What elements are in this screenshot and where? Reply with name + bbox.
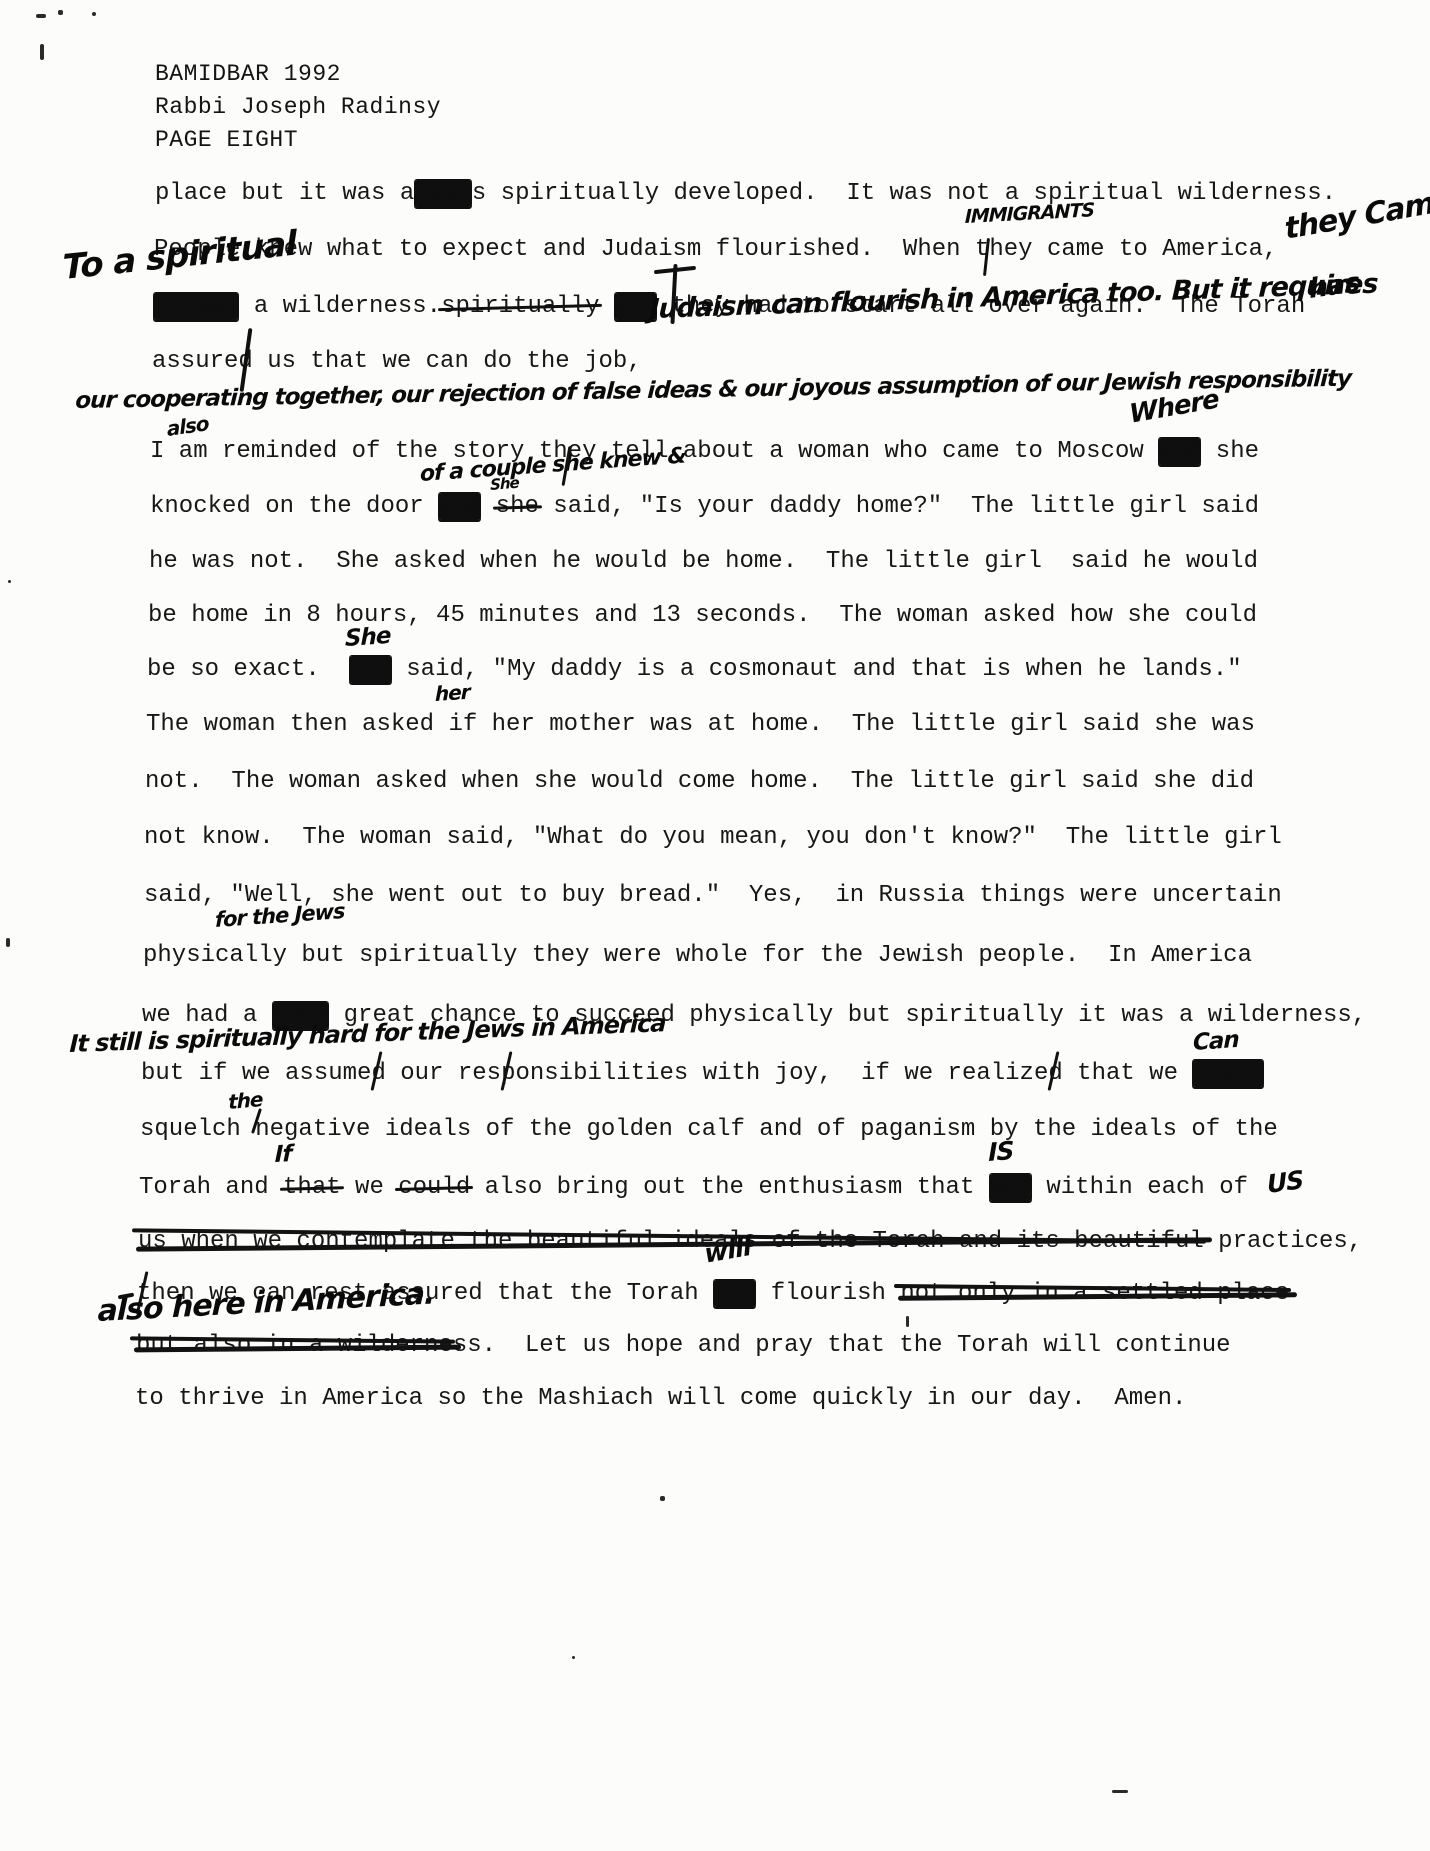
handwritten-note-a11: She bbox=[345, 623, 390, 652]
typed-text: squelch negative ideals of the golden ca… bbox=[140, 1116, 1278, 1143]
typed-text: physically but spiritually they were who… bbox=[143, 942, 1252, 969]
typed-text: assured us that we can do the job, bbox=[152, 348, 642, 375]
document-header: BAMIDBAR 1992 Rabbi Joseph Radinsy PAGE … bbox=[155, 58, 441, 157]
typed-text: we bbox=[341, 1174, 399, 1201]
edited-text-slash: d bbox=[1048, 1060, 1062, 1087]
document-title: BAMIDBAR 1992 bbox=[155, 58, 441, 91]
typed-text: said, "My daddy is a cosmonaut and that … bbox=[392, 656, 1242, 683]
typed-text: be home in 8 hours, 45 minutes and 13 se… bbox=[148, 602, 1257, 629]
typed-line: Torah and that we could also bring out t… bbox=[139, 1172, 1248, 1203]
scan-speck bbox=[660, 1496, 665, 1501]
edited-text-strike: could bbox=[398, 1174, 470, 1201]
handwritten-note-a18: IS bbox=[988, 1136, 1014, 1167]
edited-text-strike: she bbox=[496, 493, 539, 520]
edited-text-blot: can bbox=[713, 1280, 756, 1307]
typed-text: not. The woman asked when she would come… bbox=[145, 768, 1254, 795]
typed-text: flourish bbox=[756, 1280, 900, 1307]
typed-text: knocked on the door bbox=[150, 493, 438, 520]
typed-line: but if we assumed our responsibilities w… bbox=[141, 1058, 1264, 1089]
typed-text: onsibilities with joy, if we realize bbox=[515, 1060, 1048, 1087]
typed-text: s spiritually developed. It was not a sp… bbox=[472, 180, 1336, 207]
edited-text-blot: The bbox=[349, 656, 392, 683]
edited-text-blot: it was bbox=[153, 293, 239, 320]
typed-line: physically but spiritually they were who… bbox=[143, 940, 1252, 971]
typed-text: also bring out the enthusiasm that bbox=[470, 1174, 988, 1201]
edited-text-slash: d bbox=[371, 1060, 385, 1087]
handwritten-note-a19: US bbox=[1266, 1165, 1304, 1199]
typed-text: she bbox=[1201, 438, 1259, 465]
typed-line: not. The woman asked when she would come… bbox=[145, 766, 1254, 797]
typed-line: he was not. She asked when he would be h… bbox=[149, 546, 1258, 577]
typed-line: knocked on the door and she said, "Is yo… bbox=[150, 491, 1259, 522]
typed-line: not know. The woman said, "What do you m… bbox=[144, 822, 1282, 853]
document-author: Rabbi Joseph Radinsy bbox=[155, 91, 441, 124]
typed-text: a wilderness. bbox=[239, 293, 441, 320]
page-number-label: PAGE EIGHT bbox=[155, 124, 441, 157]
edited-text-blot: and bbox=[438, 493, 481, 520]
typed-line: squelch negative ideals of the golden ca… bbox=[140, 1114, 1278, 1145]
typed-text: that we bbox=[1063, 1060, 1193, 1087]
scanned-document-page: BAMIDBAR 1992 Rabbi Joseph Radinsy PAGE … bbox=[0, 0, 1430, 1851]
handwritten-note-a15: Can bbox=[1193, 1027, 1239, 1056]
scan-speck bbox=[40, 44, 44, 60]
typed-text: but if we assume bbox=[141, 1060, 371, 1087]
typed-line: be home in 8 hours, 45 minutes and 13 se… bbox=[148, 600, 1257, 631]
typed-text: to thrive in America so the Mashiach wil… bbox=[135, 1385, 1186, 1412]
edited-text-scribheavy: but also in a wilderne bbox=[136, 1332, 453, 1359]
typed-line: to thrive in America so the Mashiach wil… bbox=[135, 1383, 1186, 1414]
scan-speck bbox=[906, 1316, 909, 1327]
typed-line: The woman then asked if her mother was a… bbox=[146, 709, 1255, 740]
edited-text-blot: lway bbox=[414, 180, 472, 207]
typed-text: People knew what to expect and Judaism f… bbox=[154, 236, 1277, 263]
typed-text: The woman then asked if her mother was a… bbox=[146, 711, 1255, 738]
typed-text: said, "Is your daddy home?" The little g… bbox=[539, 493, 1259, 520]
edited-text-scribheavy: not only in a settled place bbox=[900, 1280, 1289, 1307]
edited-text-slash: p bbox=[501, 1060, 515, 1087]
handwritten-note-a20: will bbox=[703, 1232, 752, 1270]
scan-speck bbox=[58, 10, 63, 15]
handwritten-note-a12: her bbox=[435, 680, 470, 706]
typed-line: People knew what to expect and Judaism f… bbox=[154, 234, 1277, 265]
typed-text: our res bbox=[386, 1060, 501, 1087]
handwritten-note-a10: She bbox=[490, 474, 519, 495]
typed-line: assured us that we can do the job, bbox=[152, 346, 642, 377]
edited-text-strike: that bbox=[283, 1174, 341, 1201]
scan-speck bbox=[6, 938, 10, 947]
scan-speck bbox=[92, 12, 96, 16]
scan-speck bbox=[8, 580, 11, 583]
handwritten-note-a17: If bbox=[275, 1141, 292, 1168]
edited-text-blot: could bbox=[1192, 1060, 1264, 1087]
typed-text: not know. The woman said, "What do you m… bbox=[144, 824, 1282, 851]
edited-text-blot: and bbox=[1158, 438, 1201, 465]
typed-text: ss. Let us hope and pray that the Torah … bbox=[453, 1332, 1231, 1359]
typed-line: I am reminded of the story they tell abo… bbox=[150, 436, 1259, 467]
typed-text: within each of bbox=[1032, 1174, 1248, 1201]
edited-text-strike: spiritually bbox=[441, 293, 599, 320]
typed-line: but also in a wilderness. Let us hope an… bbox=[136, 1330, 1231, 1361]
typed-text bbox=[600, 293, 614, 320]
edited-text-scribheavy: us when we contemplate the beautiful ide… bbox=[138, 1228, 1204, 1255]
typed-text: Torah and bbox=[139, 1174, 283, 1201]
typed-text: be so exact. bbox=[147, 656, 349, 683]
edited-text-blot: was bbox=[989, 1174, 1032, 1201]
scan-speck bbox=[36, 14, 46, 18]
typed-line: place but it was always spiritually deve… bbox=[155, 178, 1336, 209]
typed-text: place but it was a bbox=[155, 180, 414, 207]
typed-text: he was not. She asked when he would be h… bbox=[149, 548, 1258, 575]
typed-text: practices, bbox=[1204, 1228, 1362, 1255]
scan-speck bbox=[572, 1656, 575, 1659]
typed-line: be so exact. The said, "My daddy is a co… bbox=[147, 654, 1242, 685]
scan-speck bbox=[1112, 1790, 1128, 1793]
